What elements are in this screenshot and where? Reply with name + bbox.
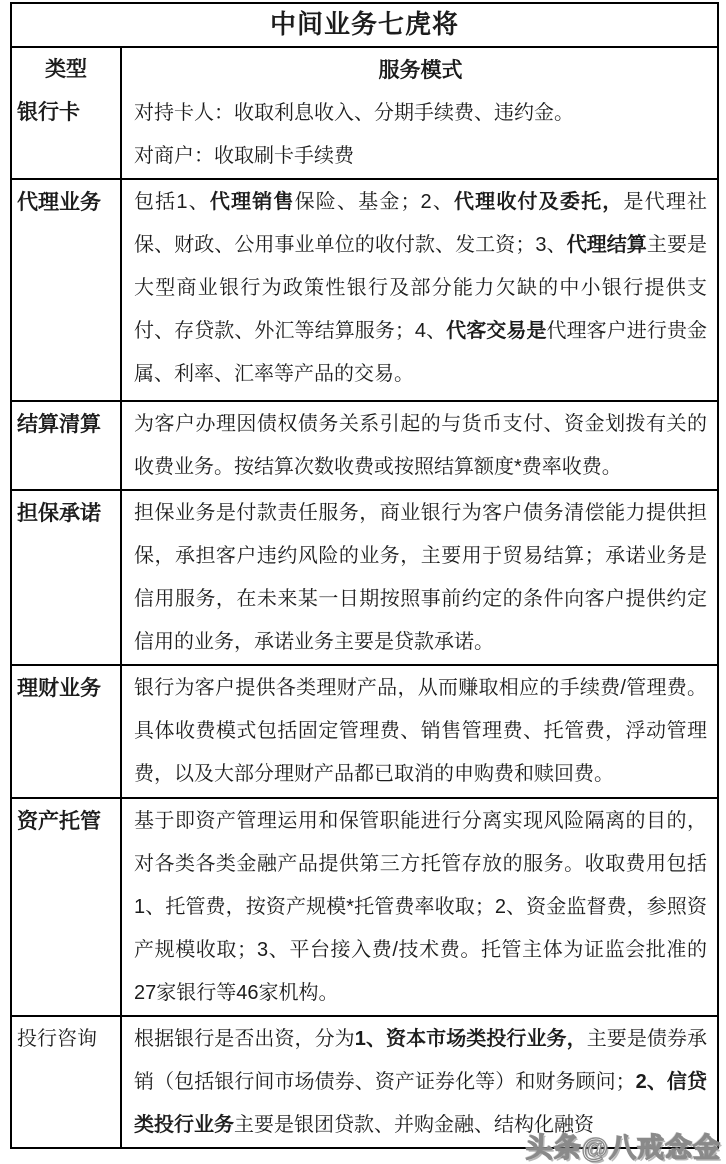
row-body-custody: 基于即资产管理运用和保管职能进行分离实现风险隔离的目的，对各类各类金融产品提供第… [121, 798, 718, 1016]
header-and-bank-row: 类型 银行卡 服务模式 对持卡人：收取利息收入、分期手续费、违约金。 对商户：收… [11, 47, 718, 179]
body-text: 保险、基金；2、 [295, 191, 454, 213]
column-header-type: 类型 [12, 48, 120, 91]
row-label-settlement: 结算清算 [11, 401, 121, 490]
row-label-custody: 资产托管 [11, 798, 121, 1016]
row-label-bank-card: 银行卡 [12, 91, 120, 134]
bank-row-line2: 对商户：收取刷卡手续费 [134, 135, 707, 178]
body-text-bold: 代理结算 [567, 234, 647, 256]
row-label-guarantee: 担保承诺 [11, 490, 121, 665]
watermark-text: 头条@八戒念金 [526, 1126, 721, 1164]
table-row-wealth: 理财业务 银行为客户提供各类理财产品，从而赚取相应的手续费/管理费。具体收费模式… [11, 665, 718, 798]
row-body-guarantee: 担保业务是付款责任服务，商业银行为客户债务清偿能力提供担保，承担客户违约风险的业… [121, 490, 718, 665]
body-text-bold: 1、资本市场类投行业务， [355, 1028, 587, 1050]
body-text: 包括1、 [134, 191, 210, 213]
body-text: 担保业务是付款责任服务，商业银行为客户债务清偿能力提供担保，承担客户违约风险的业… [134, 502, 707, 653]
bank-row-line1: 对持卡人：收取利息收入、分期手续费、违约金。 [134, 92, 707, 135]
row-body-settlement: 为客户办理因债权债务关系引起的与货币支付、资金划拨有关的收费业务。按结算次数收费… [121, 401, 718, 490]
table-row-agency: 代理业务 包括1、代理销售保险、基金；2、代理收付及委托，是代理社保、财政、公用… [11, 179, 718, 401]
table-row-settlement: 结算清算 为客户办理因债权债务关系引起的与货币支付、资金划拨有关的收费业务。按结… [11, 401, 718, 490]
body-text-bold: 代理收付及委托， [454, 191, 623, 213]
table-row-guarantee: 担保承诺 担保业务是付款责任服务，商业银行为客户债务清偿能力提供担保，承担客户违… [11, 490, 718, 665]
body-text-bold: 代理销售 [210, 191, 295, 213]
row-label-agency: 代理业务 [11, 179, 121, 401]
service-column-cell: 服务模式 对持卡人：收取利息收入、分期手续费、违约金。 对商户：收取刷卡手续费 [121, 47, 718, 179]
body-text: 基于即资产管理运用和保管职能进行分离实现风险隔离的目的，对各类各类金融产品提供第… [134, 810, 707, 1004]
type-column-cell: 类型 银行卡 [11, 47, 121, 179]
body-text: 银行为客户提供各类理财产品，从而赚取相应的手续费/管理费。具体收费模式包括固定管… [134, 677, 707, 785]
page: { "page": { "title": "中间业务七虎将", "waterma… [0, 0, 726, 1164]
row-label-wealth: 理财业务 [11, 665, 121, 798]
table-row-custody: 资产托管 基于即资产管理运用和保管职能进行分离实现风险隔离的目的，对各类各类金融… [11, 798, 718, 1016]
column-header-service: 服务模式 [134, 49, 707, 92]
intermediate-business-table: 中间业务七虎将 类型 银行卡 服务模式 对持卡人：收取利息收入、分期手续费、违约… [10, 2, 719, 1149]
row-body-wealth: 银行为客户提供各类理财产品，从而赚取相应的手续费/管理费。具体收费模式包括固定管… [121, 665, 718, 798]
row-body-agency: 包括1、代理销售保险、基金；2、代理收付及委托，是代理社保、财政、公用事业单位的… [121, 179, 718, 401]
row-label-investment-banking: 投行咨询 [11, 1016, 121, 1148]
body-text: 为客户办理因债权债务关系引起的与货币支付、资金划拨有关的收费业务。按结算次数收费… [134, 413, 707, 478]
title-row: 中间业务七虎将 [11, 3, 718, 47]
body-text-bold: 代客交易是 [446, 320, 546, 342]
table-title: 中间业务七虎将 [11, 3, 718, 47]
body-text: 根据银行是否出资，分为 [134, 1028, 355, 1050]
